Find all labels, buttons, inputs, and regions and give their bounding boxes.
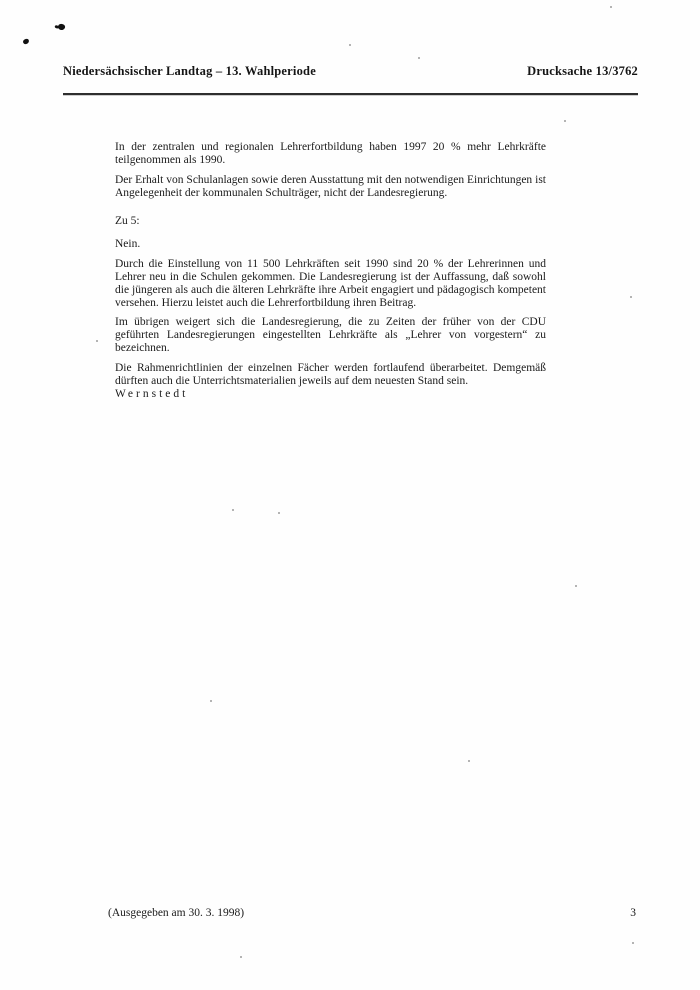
scanned-document-page: Niedersächsischer Landtag – 13. Wahlperi… — [0, 0, 700, 990]
signature-wernstedt: Wernstedt — [115, 388, 546, 401]
footer-page-number: 3 — [630, 907, 636, 919]
scan-speck — [630, 296, 632, 298]
scan-speck — [232, 509, 234, 511]
document-header: Niedersächsischer Landtag – 13. Wahlperi… — [63, 64, 638, 79]
scan-speck — [564, 120, 566, 122]
section-label-zu-5: Zu 5: — [115, 215, 546, 228]
paragraph-schulanlagen: Der Erhalt von Schulanlagen sowie deren … — [115, 174, 546, 200]
header-left-title: Niedersächsischer Landtag – 13. Wahlperi… — [63, 64, 316, 79]
scan-speck — [418, 57, 420, 59]
scan-speck — [575, 585, 577, 587]
scan-speck — [210, 700, 212, 702]
paragraph-nein: Nein. — [115, 238, 546, 251]
document-footer: (Ausgegeben am 30. 3. 1998) 3 — [108, 907, 636, 919]
header-right-drucksache-number: Drucksache 13/3762 — [527, 64, 638, 79]
header-divider-rule — [63, 93, 638, 95]
scan-speck — [632, 942, 634, 944]
scan-speck — [240, 956, 242, 958]
ink-speck — [57, 23, 66, 31]
scan-speck — [610, 6, 612, 8]
paragraph-rahmenrichtlinien: Die Rahmenrichtlinien der einzelnen Fäch… — [115, 362, 546, 388]
scan-speck — [278, 512, 280, 514]
scan-speck — [96, 340, 98, 342]
paragraph-lehrerfortbildung: In der zentralen und regionalen Lehrerfo… — [115, 141, 546, 167]
paragraph-lehrer-von-vorgestern: Im übrigen weigert sich die Landesregier… — [115, 316, 546, 355]
footer-issued-date: (Ausgegeben am 30. 3. 1998) — [108, 907, 244, 919]
ink-speck — [22, 38, 29, 44]
paragraph-einstellung-lehrkraefte: Durch die Einstellung von 11 500 Lehrkrä… — [115, 258, 546, 310]
scan-speck — [349, 44, 351, 46]
document-body: In der zentralen und regionalen Lehrerfo… — [115, 141, 546, 401]
scan-speck — [468, 760, 470, 762]
